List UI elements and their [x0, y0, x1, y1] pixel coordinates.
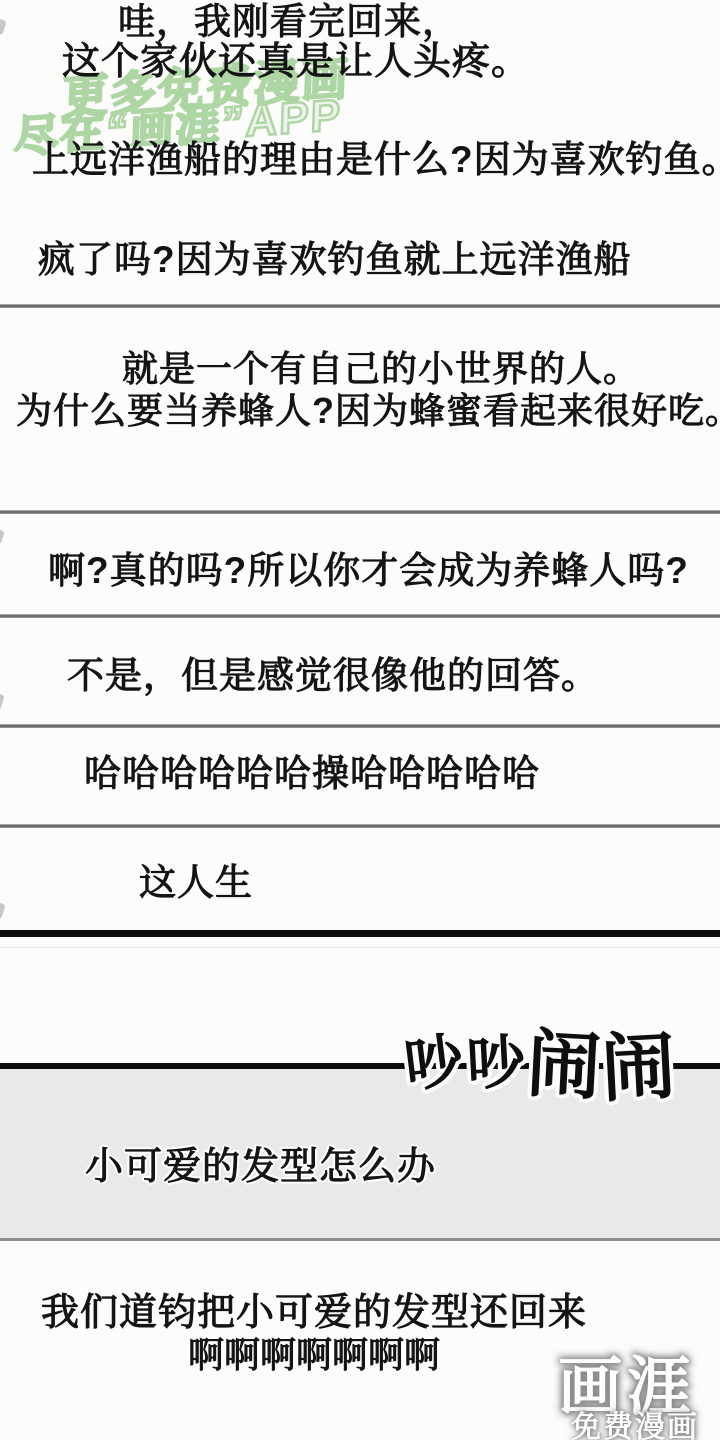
section-title-char: 闹: [599, 1029, 677, 1107]
divider-faint: [0, 947, 720, 948]
dialogue-msg8: 这人生: [139, 862, 253, 903]
section-title: 吵 吵 闹 闹: [405, 1016, 720, 1112]
dialogue-msg3: 疯了吗?因为喜欢钓鱼就上远洋渔船: [38, 239, 632, 280]
app-logo-tagline: 免费漫画: [571, 1402, 699, 1440]
dialogue-msg6: 不是，但是感觉很像他的回答。: [67, 655, 599, 696]
dialogue-msg7: 哈哈哈哈哈哈操哈哈哈哈哈: [84, 753, 540, 794]
dialogue-msg5: 啊?真的吗?所以你才会成为养蜂人吗?: [48, 550, 689, 591]
divider-1: [0, 304, 720, 308]
divider-thick-top: [0, 930, 720, 937]
dialogue-msg1-line1: 哇，我刚看完回来，: [118, 1, 460, 42]
comic-page: 更多免费漫画 尽在“画涯”APP 哇，我刚看完回来， 这个家伙还真是让人头疼。 …: [0, 0, 720, 1440]
dialogue-msg1-line2: 这个家伙还真是让人头疼。: [62, 41, 530, 84]
section-title-char: 闹: [525, 1027, 603, 1105]
panel-edge-artifact: [0, 903, 6, 919]
divider-3: [0, 614, 720, 618]
gray-panel-text: 小可爱的发型怎么办: [85, 1146, 436, 1189]
dialogue-msg4-line2: 为什么要当养蜂人?因为蜂蜜看起来很好吃。: [16, 391, 720, 431]
panel-edge-artifact: [0, 19, 7, 35]
divider-2: [0, 510, 720, 514]
dialogue-msg2: 上远洋渔船的理由是什么?因为喜欢钓鱼。: [32, 139, 720, 180]
bottom-line-2: 啊啊啊啊啊啊啊: [0, 1327, 628, 1378]
dialogue-msg4-line1: 就是一个有自己的小世界的人。: [122, 349, 640, 389]
section-title-char: 吵: [466, 1034, 527, 1095]
divider-4: [0, 724, 720, 728]
panel-edge-artifact: [0, 530, 5, 545]
section-title-char: 吵: [402, 1032, 467, 1097]
panel-edge-artifact: [0, 694, 5, 711]
divider-5: [0, 824, 720, 828]
